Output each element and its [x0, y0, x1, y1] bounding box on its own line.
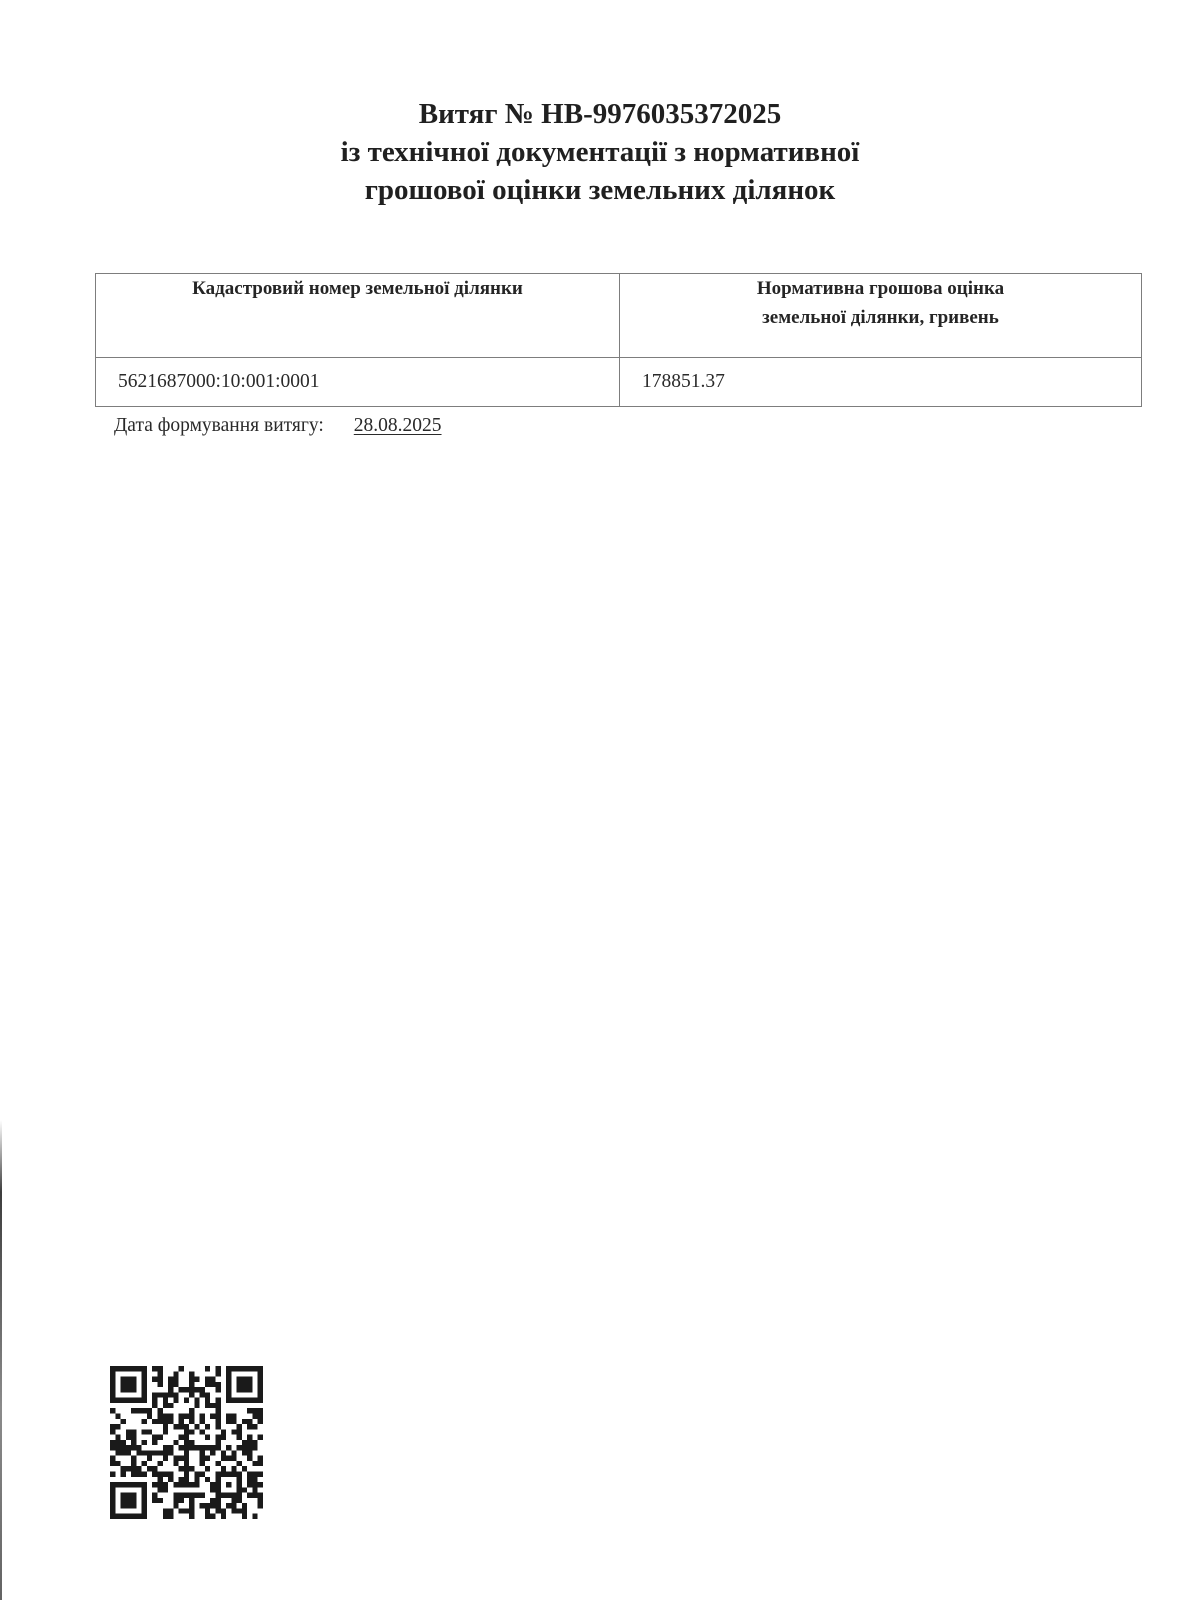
- qr-code-icon: [110, 1366, 263, 1519]
- header-normative-value-line-1: Нормативна грошова оцінка: [620, 274, 1141, 303]
- valuation-table: Кадастровий номер земельної ділянки Норм…: [95, 273, 1142, 407]
- title-line-2: із технічної документації з нормативної: [0, 133, 1200, 171]
- cell-normative-value: 178851.37: [620, 357, 1142, 407]
- header-normative-value-line-2: земельної ділянки, гривень: [620, 303, 1141, 332]
- extract-date: Дата формування витягу:28.08.2025: [114, 415, 442, 437]
- date-label: Дата формування витягу:: [114, 415, 324, 436]
- header-cadastral-number: Кадастровий номер земельної ділянки: [96, 274, 620, 358]
- title-line-1: Витяг № НВ-9976035372025: [0, 95, 1200, 133]
- date-value: 28.08.2025: [354, 415, 442, 436]
- scan-edge-artifact: [0, 1120, 2, 1600]
- cell-cadastral-number: 5621687000:10:001:0001: [96, 357, 620, 407]
- table-header-row: Кадастровий номер земельної ділянки Норм…: [96, 274, 1142, 358]
- table-row: 5621687000:10:001:0001 178851.37: [96, 357, 1142, 407]
- header-normative-value: Нормативна грошова оцінка земельної діля…: [620, 274, 1142, 358]
- document-title: Витяг № НВ-9976035372025 із технічної до…: [0, 95, 1200, 209]
- title-line-3: грошової оцінки земельних ділянок: [0, 171, 1200, 209]
